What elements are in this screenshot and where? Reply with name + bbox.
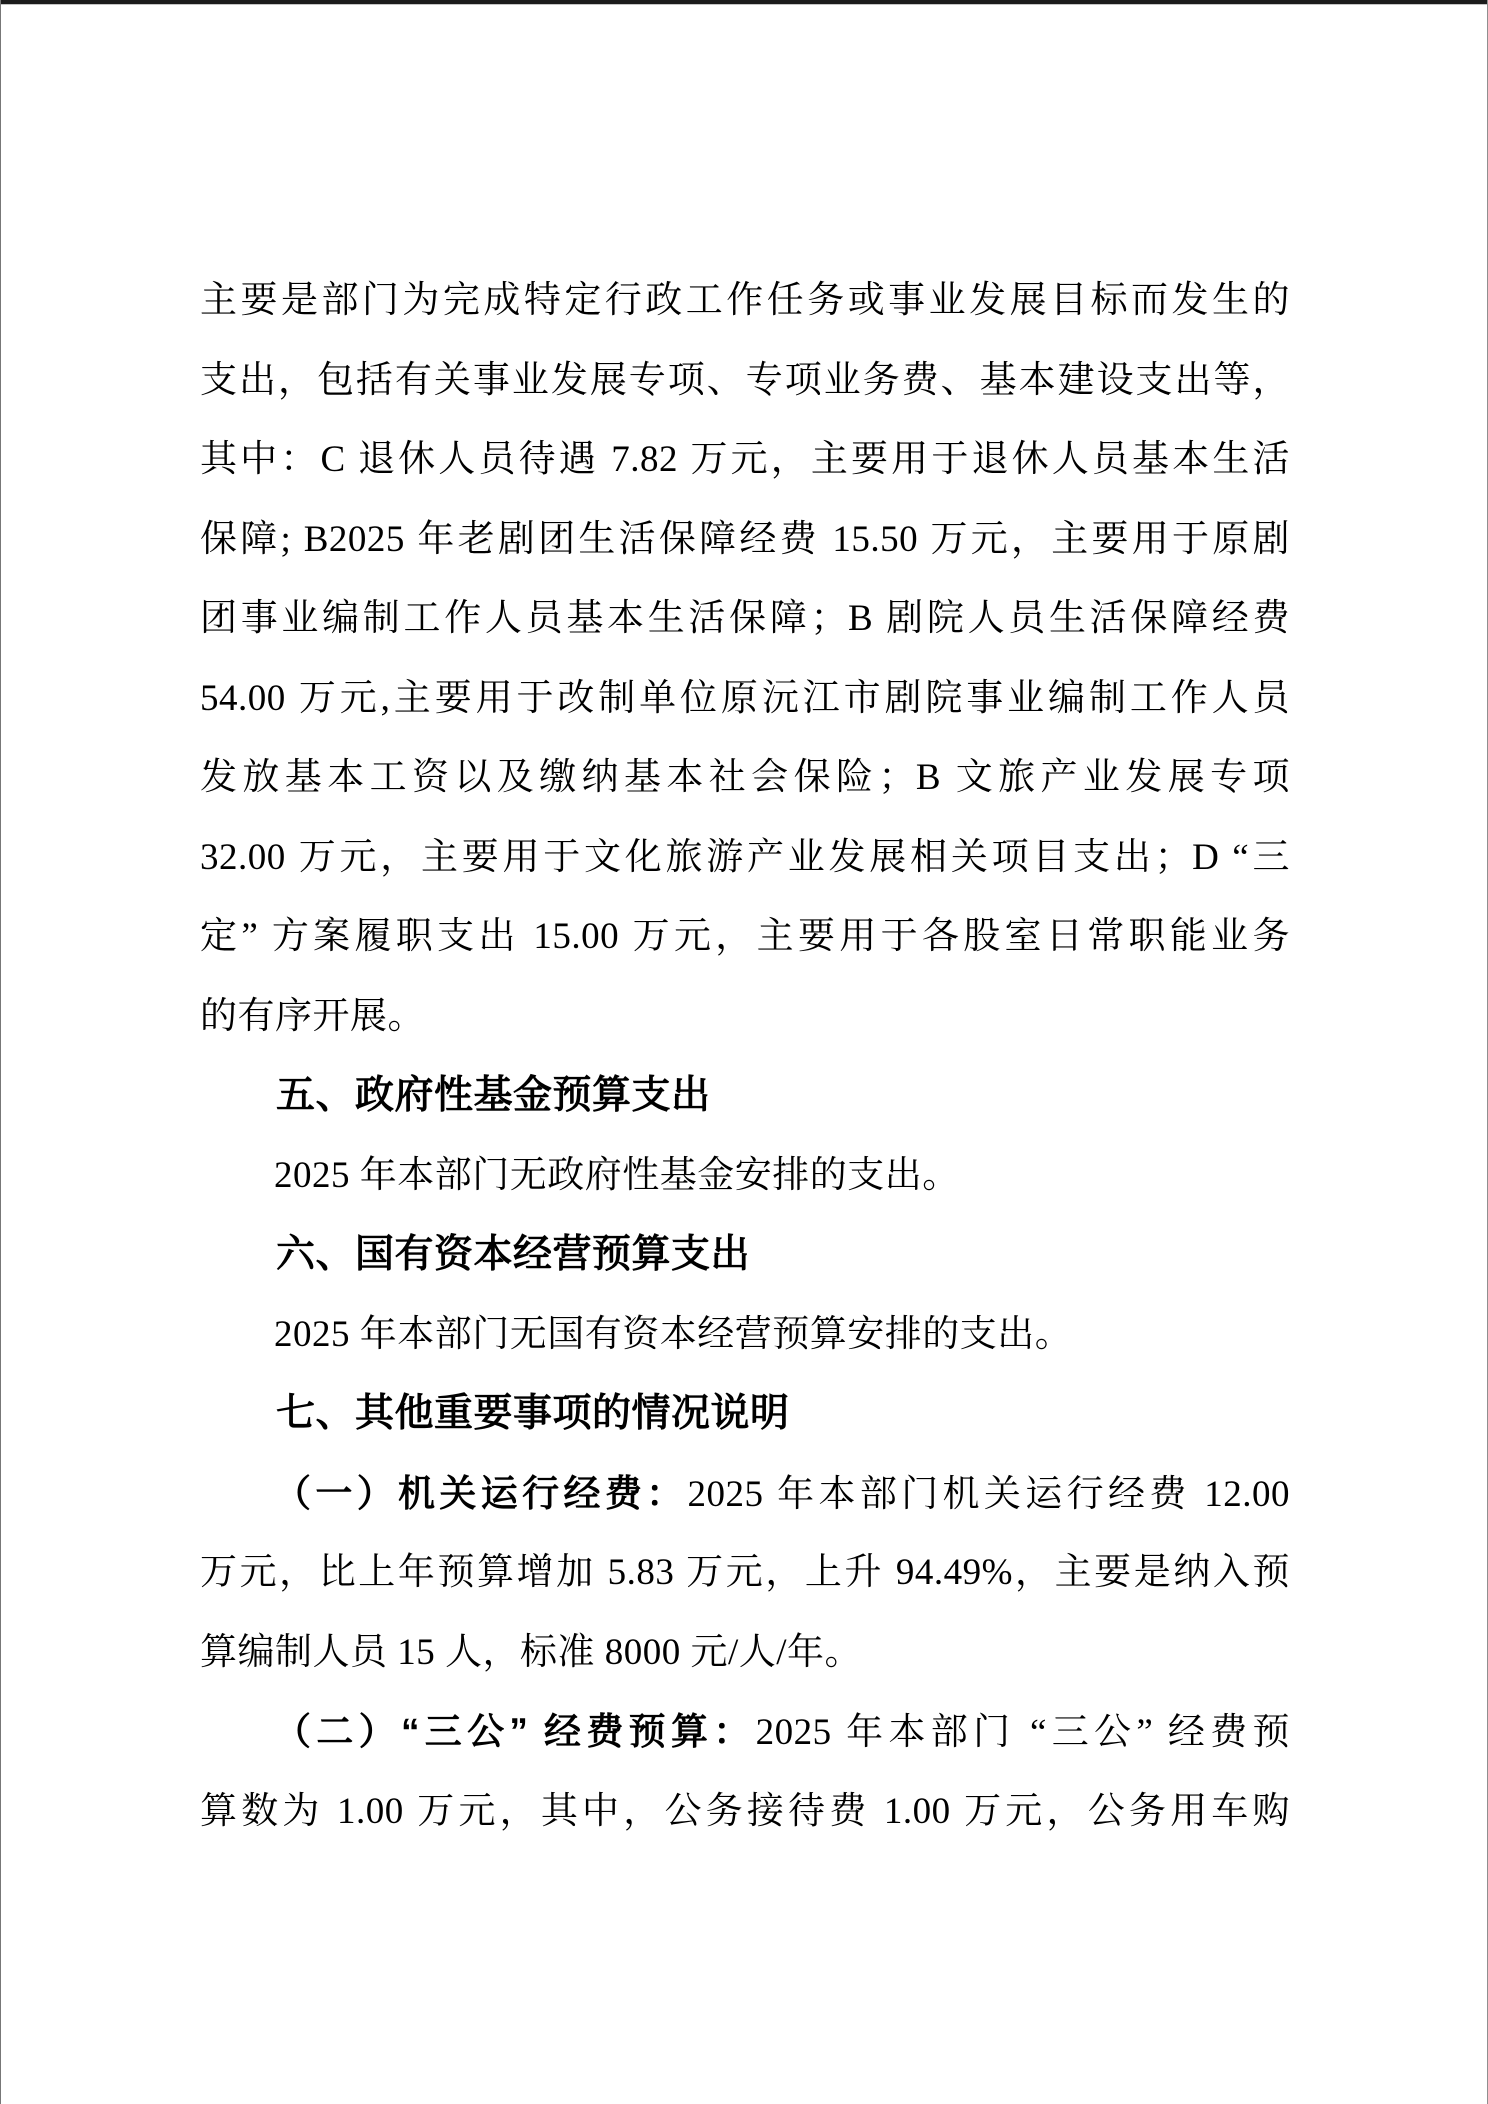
paragraph-line: 团事业编制工作人员基本生活保障；B 剧院人员生活保障经费 <box>200 579 1290 659</box>
document-page: 主要是部门为完成特定行政工作任务或事业发展目标而发生的 支出，包括有关事业发展专… <box>200 261 1290 1851</box>
paragraph-line: 算数为 1.00 万元，其中，公务接待费 1.00 万元，公务用车购 <box>200 1772 1290 1852</box>
bold-lead-in-three-public-expenses: （二）“三公” 经费预算： <box>274 1711 756 1752</box>
paragraph-line: 32.00 万元，主要用于文化旅游产业发展相关项目支出；D “三 <box>200 818 1290 898</box>
paragraph-line: 2025 年本部门无国有资本经营预算安排的支出。 <box>200 1295 1290 1375</box>
paragraph-line: 的有序开展。 <box>200 977 1290 1057</box>
section-heading-other-important-matters: 七、其他重要事项的情况说明 <box>200 1374 1290 1454</box>
paragraph-line: 保障; B2025 年老剧团生活保障经费 15.50 万元，主要用于原剧 <box>200 500 1290 580</box>
bold-lead-in-agency-operating-funds: （一）机关运行经费： <box>274 1473 688 1514</box>
paragraph-line: 支出，包括有关事业发展专项、专项业务费、基本建设支出等， <box>200 341 1290 421</box>
paragraph-line: （二）“三公” 经费预算：2025 年本部门 “三公” 经费预 <box>200 1692 1290 1772</box>
paragraph-line: 其中：C 退休人员待遇 7.82 万元，主要用于退休人员基本生活 <box>200 420 1290 500</box>
page-left-edge <box>0 0 1 2104</box>
paragraph-line: 2025 年本部门无政府性基金安排的支出。 <box>200 1136 1290 1216</box>
paragraph-line: （一）机关运行经费：2025 年本部门机关运行经费 12.00 <box>200 1454 1290 1534</box>
paragraph-line: 算编制人员 15 人，标准 8000 元/人/年。 <box>200 1613 1290 1693</box>
paragraph-line: 定” 方案履职支出 15.00 万元，主要用于各股室日常职能业务 <box>200 897 1290 977</box>
paragraph-line: 万元，比上年预算增加 5.83 万元，上升 94.49%，主要是纳入预 <box>200 1533 1290 1613</box>
paragraph-line: 发放基本工资以及缴纳基本社会保险；B 文旅产业发展专项 <box>200 738 1290 818</box>
window-top-edge-shadow <box>0 4 1488 5</box>
line-text: 2025 年本部门 “三公” 经费预 <box>756 1712 1290 1753</box>
section-heading-government-fund-budget: 五、政府性基金预算支出 <box>200 1056 1290 1136</box>
section-heading-state-capital-budget: 六、国有资本经营预算支出 <box>200 1215 1290 1295</box>
paragraph-line: 54.00 万元,主要用于改制单位原沅江市剧院事业编制工作人员 <box>200 659 1290 739</box>
paragraph-line: 主要是部门为完成特定行政工作任务或事业发展目标而发生的 <box>200 261 1290 341</box>
line-text: 2025 年本部门机关运行经费 12.00 <box>688 1474 1290 1515</box>
